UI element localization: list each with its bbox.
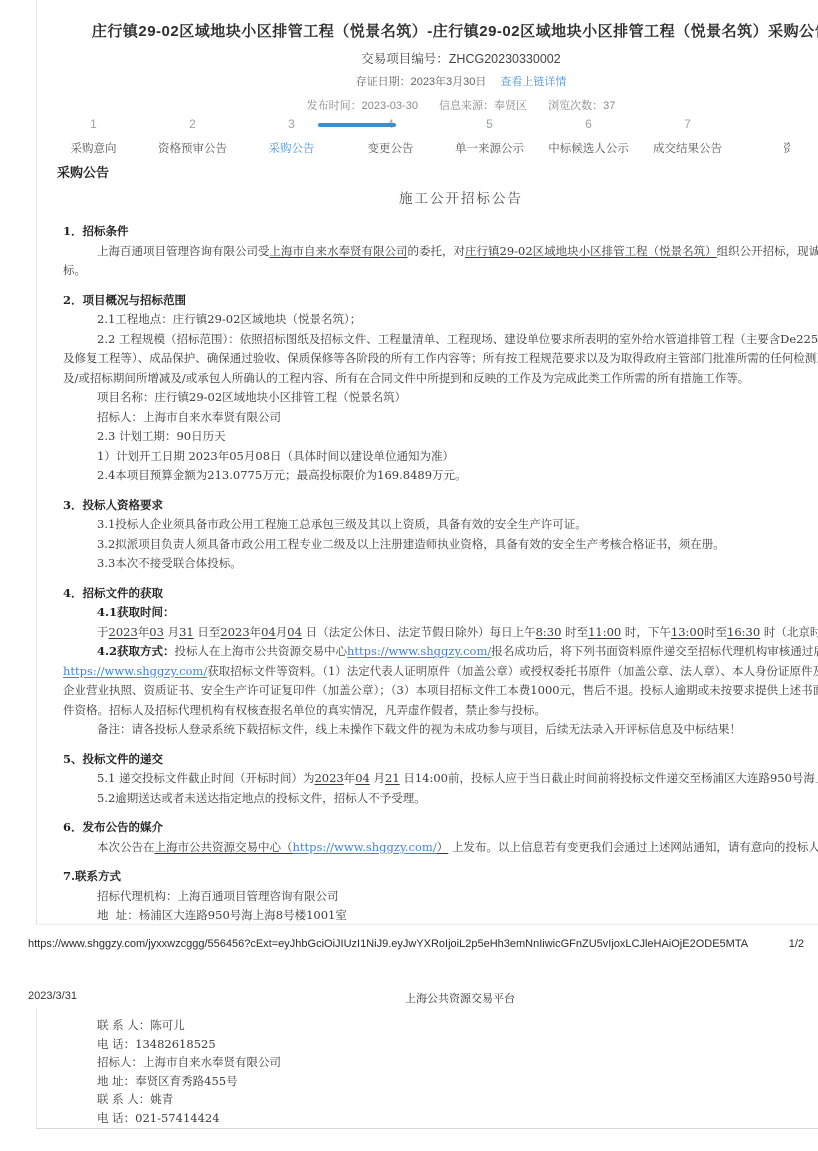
text-segment: 4．招标文件的获取	[63, 586, 163, 600]
text-segment: 备注：请各投标人登录系统下载招标文件，线上未操作下载文件的视为未成功参与项目，后…	[97, 722, 741, 736]
step-progress-line	[318, 123, 396, 127]
text-segment: 1．招标条件	[63, 224, 129, 238]
text-segment: 时（北京时间）；	[760, 625, 818, 639]
body-line: 上海百通项目管理咨询有限公司受上海市自来水奉贤有限公司的委托，对庄行镇29-02…	[63, 242, 818, 262]
step-number: 2	[143, 116, 242, 132]
text-segment: 本次公告在	[97, 840, 155, 854]
text-segment: 项目名称：庄行镇29-02区域地块小区排管工程（悦景名筑）	[97, 390, 406, 404]
body-line: 件资格。招标人及招标代理机构有权核查报名单位的真实情况，凡弄虚作假者，禁止参与投…	[63, 701, 818, 721]
publish-row: 发布时间：2023-03-30 信息来源：奉贤区 浏览次数：37	[37, 97, 818, 113]
underlined-text: 13:00	[671, 625, 704, 639]
step-label: 单一来源公示	[440, 142, 539, 156]
body-line: 备注：请各投标人登录系统下载招标文件，线上未操作下载文件的视为未成功参与项目，后…	[63, 720, 818, 740]
text-segment: 招标代理机构：上海百通项目管理咨询有限公司	[97, 889, 339, 903]
text-segment: 7.联系方式	[63, 869, 121, 883]
section-heading: 1．招标条件	[63, 222, 818, 242]
body-line: https://www.shggzy.com/获取招标文件等资料。（1）法定代表…	[63, 662, 818, 682]
text-segment: 4.2获取方式：	[97, 644, 175, 658]
text-segment: 5.1 递交投标文件截止时间（开标时间）为	[97, 771, 314, 785]
text-segment: 及/或招标期间所增减及/或承包人所确认的工程内容、所有在合同文件中所提到和反映的…	[63, 371, 749, 385]
text-segment: 上发布。以上信息若有变更我们会通过上述网站通知，请有意向的投标人关注。	[448, 840, 818, 854]
step-label: 采购意向	[44, 142, 143, 156]
body-line: 及/或招标期间所增减及/或承包人所确认的工程内容、所有在合同文件中所提到和反映的…	[63, 369, 818, 389]
step-number: 1	[44, 116, 143, 132]
step-label: 成交结果公告	[638, 142, 737, 156]
underlined-text: 21	[385, 771, 400, 785]
body-line: 3.1投标人企业须具备市政公用工程施工总承包三级及其以上资质，具备有效的安全生产…	[63, 515, 818, 535]
underlined-text: 2023	[220, 625, 249, 639]
underlined-text: 16:30	[727, 625, 760, 639]
text-segment: 日至	[194, 625, 221, 639]
body-line: 地 址：杨浦区大连路950号海上海8号楼1001室	[63, 906, 818, 926]
body-line: 5.2逾期送达或者未送达指定地点的投标文件，招标人不予受理。	[63, 789, 818, 809]
project-number: 交易项目编号：ZHCG20230330002	[37, 49, 818, 67]
underlined-text: 8:30	[536, 625, 562, 639]
text-segment: 时至	[561, 625, 588, 639]
step-number: 6	[539, 116, 638, 132]
body-line: 4.2获取方式：投标人在上海市公共资源交易中心https://www.shggz…	[63, 642, 818, 662]
document-title: 施工公开招标公告	[37, 187, 818, 207]
step-item-4[interactable]: 4变更公告	[341, 116, 440, 156]
body-line: 招标人：上海市自来水奉贤有限公司	[63, 408, 818, 428]
step-item-3[interactable]: 3采购公告	[242, 116, 341, 156]
text-segment: 组织公开招标，现诚邀符合投标人资格要求的投	[717, 244, 818, 258]
text-segment: 年	[344, 771, 356, 785]
chain-detail-link[interactable]: 查看上链详情	[500, 76, 566, 88]
text-segment: 月	[370, 771, 385, 785]
info-source: 信息来源：奉贤区	[439, 100, 527, 112]
step-label: 资格预审公告	[143, 142, 242, 156]
page-title: 庄行镇29-02区域地块小区排管工程（悦景名筑）-庄行镇29-02区域地块小区排…	[37, 20, 818, 41]
section-label: 采购公告	[57, 162, 109, 181]
text-segment: 年	[138, 625, 150, 639]
text-segment: 3．投标人资格要求	[63, 498, 163, 512]
body-line: 企业营业执照、资质证书、安全生产许可证复印件（加盖公章）；（3）本项目招标文件工…	[63, 681, 818, 701]
text-segment: 企业营业执照、资质证书、安全生产许可证复印件（加盖公章）；（3）本项目招标文件工…	[63, 683, 818, 697]
text-segment: 月	[164, 625, 179, 639]
body-line: 4.1获取时间：	[63, 603, 818, 623]
inline-link[interactable]: https://www.shggzy.com/	[347, 644, 491, 658]
step-number: 7	[638, 116, 737, 132]
body-line: 3.3本次不接受联合体投标。	[63, 554, 818, 574]
page2-contact-block: 联 系 人：陈可儿电 话：13482618525招标人：上海市自来水奉贤有限公司…	[97, 1016, 281, 1127]
cert-row: 存证日期：2023年3月30日查看上链详情	[37, 73, 818, 89]
contact-line: 电 话：021-57414424	[97, 1109, 281, 1128]
body-line: 2.1工程地点：庄行镇29-02区域地块（悦景名筑）；	[63, 310, 818, 330]
section-heading: 3．投标人资格要求	[63, 496, 818, 516]
underlined-text: 04	[287, 625, 302, 639]
underlined-text: 上海市自来水奉贤有限公司	[270, 244, 408, 258]
text-segment: 获取招标文件等资料。（1）法定代表人证明原件（加盖公章）或授权委托书原件（加盖公…	[207, 664, 818, 678]
text-segment: 时，下午	[621, 625, 671, 639]
print-header-page2: 上海公共资源交易平台 2023/3/31	[28, 990, 804, 1002]
section-heading: 7.联系方式	[63, 867, 818, 887]
text-segment: 地 址：杨浦区大连路950号海上海8号楼1001室	[97, 908, 347, 922]
page-1-sheet: 庄行镇29-02区域地块小区排管工程（悦景名筑）-庄行镇29-02区域地块小区排…	[36, 0, 818, 925]
body-line: 1）计划开工日期 2023年05月08日（具体时间以建设单位通知为准）	[63, 447, 818, 467]
underlined-text: 03	[149, 625, 164, 639]
section-heading: 2．项目概况与招标范围	[63, 291, 818, 311]
text-segment: 3.2拟派项目负责人须具备市政公用工程专业二级及以上注册建造师执业资格，具备有效…	[97, 537, 725, 551]
print-footer: https://www.shggzy.com/jyxxwzcggg/556456…	[28, 938, 804, 950]
underlined-text: 04	[355, 771, 370, 785]
body-line: 本次公告在上海市公共资源交易中心（https://www.shggzy.com/…	[63, 838, 818, 858]
step-label: 中标候选人公示	[539, 142, 638, 156]
text-segment: 2．项目概况与招标范围	[63, 293, 186, 307]
body-line: 及修复工程等）、成品保护、确保通过验收、保质保修等各阶段的所有工作内容等；所有按…	[63, 349, 818, 369]
underlined-text: ）	[437, 840, 449, 854]
underlined-text: 04	[261, 625, 276, 639]
document-body: 1．招标条件上海百通项目管理咨询有限公司受上海市自来水奉贤有限公司的委托，对庄行…	[63, 212, 818, 926]
text-segment: 1）计划开工日期 2023年05月08日（具体时间以建设单位通知为准）	[97, 449, 454, 463]
cert-date: 存证日期：2023年3月30日	[356, 76, 487, 88]
body-line: 5.1 递交投标文件截止时间（开标时间）为2023年04 月21 日14:00前…	[63, 769, 818, 789]
publish-time: 发布时间：2023-03-30	[307, 100, 418, 112]
text-segment: 报名成功后，将下列书面资料原件递交至招标代理机构审核通过后投标人在上海市公共资源	[491, 644, 818, 658]
section-heading: 5、投标文件的递交	[63, 750, 818, 770]
inline-link[interactable]: https://www.shggzy.com/	[63, 664, 207, 678]
print-footer-url: https://www.shggzy.com/jyxxwzcggg/556456…	[28, 938, 748, 950]
text-segment: 年	[250, 625, 262, 639]
steps-row: 1采购意向2资格预审公告3采购公告4变更公告5单一来源公示6中标候选人公示7成交…	[44, 116, 818, 156]
text-segment: 5.2逾期送达或者未送达指定地点的投标文件，招标人不予受理。	[97, 791, 426, 805]
text-segment: 上海百通项目管理咨询有限公司受	[97, 244, 270, 258]
body-line: 招标代理机构：上海百通项目管理咨询有限公司	[63, 887, 818, 907]
contact-line: 招标人：上海市自来水奉贤有限公司	[97, 1053, 281, 1072]
text-segment: 2.3 计划工期：90日历天	[97, 429, 226, 443]
step-label: 资审结果公示	[737, 142, 818, 156]
print-preview: 庄行镇29-02区域地块小区排管工程（悦景名筑）-庄行镇29-02区域地块小区排…	[0, 0, 818, 1151]
inline-link[interactable]: https://www.shggzy.com/	[293, 840, 437, 854]
text-segment: 2.2 工程规模（招标范围）：依照招标图纸及招标文件、工程量清单、工程现场、建设…	[97, 332, 818, 346]
contact-line: 地 址：奉贤区育秀路455号	[97, 1072, 281, 1091]
body-line: 于2023年03 月31 日至2023年04月04 日（法定公休日、法定节假日除…	[63, 623, 818, 643]
contact-line: 联 系 人：陈可儿	[97, 1016, 281, 1035]
step-item-6[interactable]: 6中标候选人公示	[539, 116, 638, 156]
underlined-text: 庄行镇29-02区域地块小区排管工程（悦景名筑）	[465, 244, 717, 258]
print-site-title: 上海公共资源交易平台	[36, 990, 818, 1006]
text-segment: 3.1投标人企业须具备市政公用工程施工总承包三级及其以上资质，具备有效的安全生产…	[97, 517, 587, 531]
view-count: 浏览次数：37	[548, 100, 615, 112]
print-page-number: 1/2	[789, 938, 804, 950]
text-segment: 及修复工程等）、成品保护、确保通过验收、保质保修等各阶段的所有工作内容等；所有按…	[63, 351, 818, 365]
text-segment: 时至	[704, 625, 727, 639]
body-line: 2.2 工程规模（招标范围）：依照招标图纸及招标文件、工程量清单、工程现场、建设…	[63, 330, 818, 350]
text-segment: 5、投标文件的递交	[63, 752, 163, 766]
text-segment: 件资格。招标人及招标代理机构有权核查报名单位的真实情况，凡弄虚作假者，禁止参与投…	[63, 703, 546, 717]
contact-line: 联 系 人：姚青	[97, 1090, 281, 1109]
step-item-7[interactable]: 7成交结果公告	[638, 116, 737, 156]
page-2-sheet: 联 系 人：陈可儿电 话：13482618525招标人：上海市自来水奉贤有限公司…	[36, 1008, 818, 1129]
text-segment: 招标人：上海市自来水奉贤有限公司	[97, 410, 281, 424]
step-label: 采购公告	[242, 142, 341, 156]
text-segment: 标。	[63, 263, 86, 277]
text-segment: 2.1工程地点：庄行镇29-02区域地块（悦景名筑）；	[97, 312, 361, 326]
underlined-text: 上海市公共资源交易中心（	[155, 840, 293, 854]
text-segment: 月	[276, 625, 288, 639]
step-number: 5	[440, 116, 539, 132]
underlined-text: 2023	[109, 625, 138, 639]
clipped-step-label: 资审结果公示	[783, 142, 790, 156]
underlined-text: 2023	[314, 771, 343, 785]
underlined-text: 11:00	[588, 625, 621, 639]
step-item-1[interactable]: 1采购意向	[44, 116, 143, 156]
section-heading: 4．招标文件的获取	[63, 584, 818, 604]
text-segment: 的委托，对	[408, 244, 466, 258]
text-segment: 3.3本次不接受联合体投标。	[97, 556, 242, 570]
body-line: 2.4本项目预算金额为213.0775万元；最高投标限价为169.8489万元。	[63, 466, 818, 486]
contact-line: 电 话：13482618525	[97, 1035, 281, 1054]
underlined-text: 31	[179, 625, 194, 639]
step-label: 变更公告	[341, 142, 440, 156]
text-segment: 投标人在上海市公共资源交易中心	[175, 644, 348, 658]
body-line: 项目名称：庄行镇29-02区域地块小区排管工程（悦景名筑）	[63, 388, 818, 408]
step-item-5[interactable]: 5单一来源公示	[440, 116, 539, 156]
text-segment: 4.1获取时间：	[97, 605, 175, 619]
body-line: 3.2拟派项目负责人须具备市政公用工程专业二级及以上注册建造师执业资格，具备有效…	[63, 535, 818, 555]
section-heading: 6．发布公告的媒介	[63, 818, 818, 838]
text-segment: 6．发布公告的媒介	[63, 820, 163, 834]
body-line: 2.3 计划工期：90日历天	[63, 427, 818, 447]
body-line: 标。	[63, 261, 818, 281]
text-segment: 日（法定公休日、法定节假日除外）每日上午	[302, 625, 536, 639]
step-number	[737, 116, 818, 132]
step-item-clipped[interactable]: 资审结果公示	[737, 116, 818, 156]
text-segment: 日14:00前，投标人应于当日截止时间前将投标文件递交至杨浦区大连路950号海上…	[400, 771, 818, 785]
print-date: 2023/3/31	[28, 990, 77, 1002]
step-item-2[interactable]: 2资格预审公告	[143, 116, 242, 156]
text-segment: 于	[97, 625, 109, 639]
text-segment: 2.4本项目预算金额为213.0775万元；最高投标限价为169.8489万元。	[97, 468, 467, 482]
